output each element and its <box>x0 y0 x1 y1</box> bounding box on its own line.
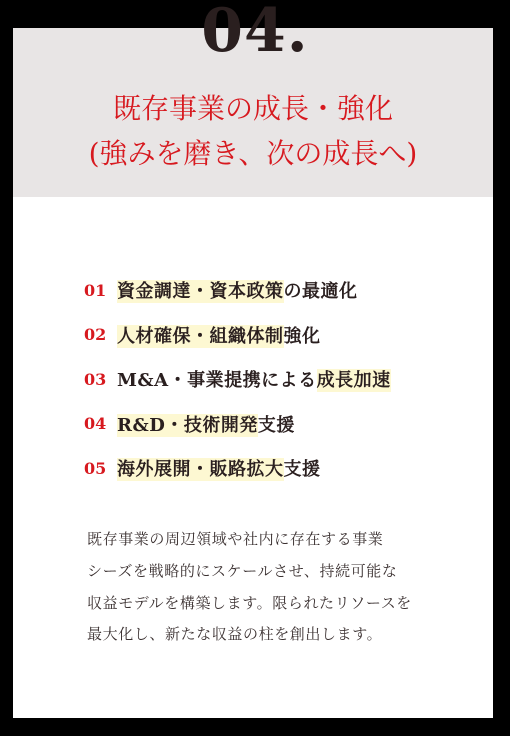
highlighted-text: 人材確保・組織体制 <box>117 325 284 348</box>
description-line: 既存事業の周辺領域や社内に存在する事業 <box>87 524 427 556</box>
plain-text: 強化 <box>284 326 321 347</box>
highlighted-text: 成長加速 <box>317 369 391 392</box>
item-text: M&A・事業提携による成長加速 <box>117 366 391 392</box>
item-text: 資金調達・資本政策の最適化 <box>117 277 358 303</box>
service-card: 既存事業の成長・強化 (強みを磨き、次の成長へ) 01 資金調達・資本政策の最適… <box>13 28 493 718</box>
description-line: 収益モデルを構築します。限られたリソースを <box>87 588 427 620</box>
item-number: 01 <box>84 281 117 300</box>
item-number: 04 <box>84 414 117 433</box>
item-text: R&D・技術開発支援 <box>117 411 295 437</box>
list-item: 01 資金調達・資本政策の最適化 <box>84 268 391 313</box>
item-number: 05 <box>84 459 117 478</box>
list-item: 03 M&A・事業提携による成長加速 <box>84 357 391 402</box>
plain-text: 支援 <box>258 415 295 436</box>
list-item: 04 R&D・技術開発支援 <box>84 402 391 447</box>
item-text: 海外展開・販路拡大支援 <box>117 455 321 481</box>
item-text: 人材確保・組織体制強化 <box>117 322 321 348</box>
item-number: 03 <box>84 370 117 389</box>
section-title-line-2: (強みを磨き、次の成長へ) <box>13 131 493 176</box>
section-title-line-1: 既存事業の成長・強化 <box>13 86 493 131</box>
highlighted-text: 資金調達・資本政策 <box>117 280 284 303</box>
list-item: 02 人材確保・組織体制強化 <box>84 313 391 358</box>
plain-text: の最適化 <box>284 281 358 302</box>
step-number: 04. <box>0 0 510 64</box>
section-title: 既存事業の成長・強化 (強みを磨き、次の成長へ) <box>13 86 493 176</box>
description-paragraph: 既存事業の周辺領域や社内に存在する事業 シーズを戦略的にスケールさせ、持続可能な… <box>87 524 427 651</box>
plain-text: M&A・事業提携による <box>117 370 317 391</box>
description-line: シーズを戦略的にスケールさせ、持続可能な <box>87 556 427 588</box>
support-item-list: 01 資金調達・資本政策の最適化 02 人材確保・組織体制強化 03 M&A・事… <box>84 268 391 491</box>
description-line: 最大化し、新たな収益の柱を創出します。 <box>87 619 427 651</box>
highlighted-text: R&D・技術開発 <box>117 414 258 437</box>
list-item: 05 海外展開・販路拡大支援 <box>84 446 391 491</box>
highlighted-text: 海外展開・販路拡大 <box>117 458 284 481</box>
item-number: 02 <box>84 325 117 344</box>
plain-text: 支援 <box>284 459 321 480</box>
